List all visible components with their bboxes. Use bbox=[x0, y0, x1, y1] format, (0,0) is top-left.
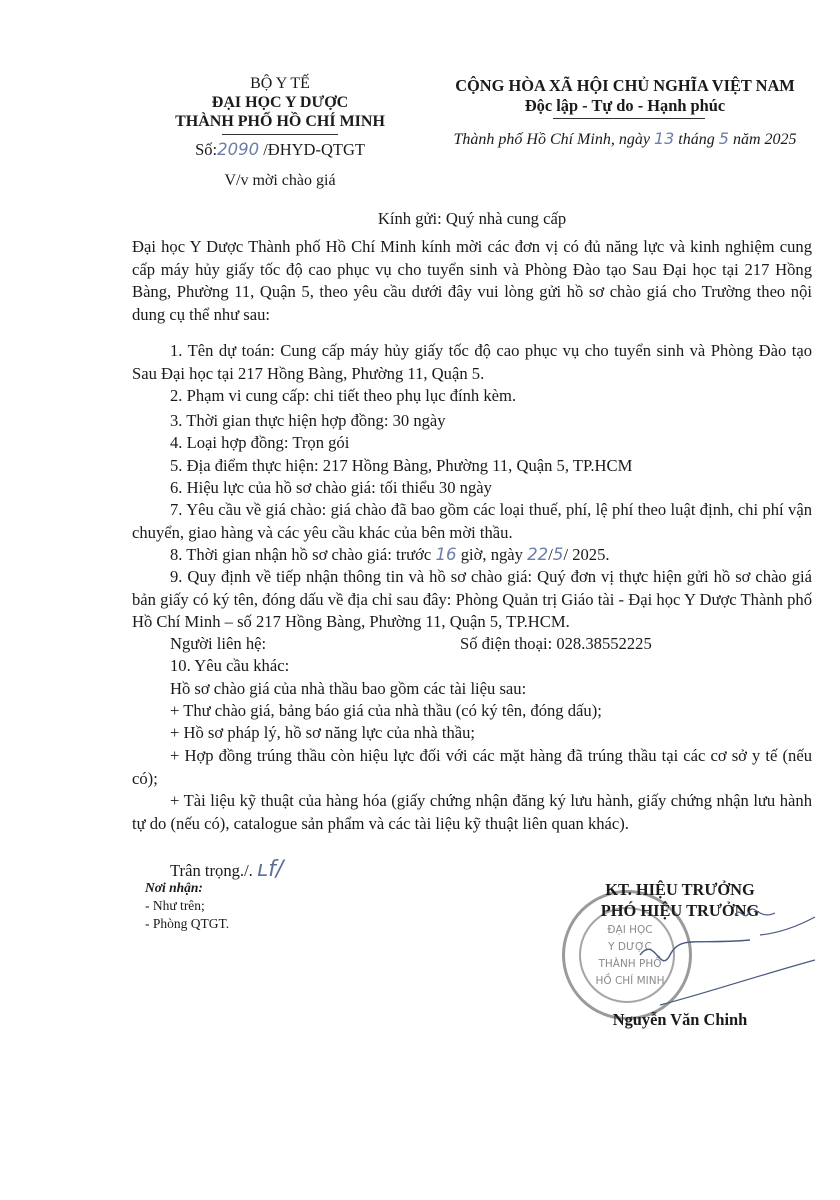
item-10-bullet-4: + Tài liệu kỹ thuật của hàng hóa (giấy c… bbox=[132, 790, 812, 835]
item-8-month-handwritten: 5 bbox=[553, 545, 564, 564]
date-day-handwritten: 13 bbox=[654, 129, 674, 148]
item-4: 4. Loại hợp đồng: Trọn gói bbox=[132, 432, 840, 455]
item-5: 5. Địa điểm thực hiện: 217 Hồng Bàng, Ph… bbox=[132, 455, 840, 478]
contact-person-label: Người liên hệ: bbox=[170, 633, 460, 656]
document-subject: V/v mời chào giá bbox=[130, 171, 430, 191]
date-year: năm 2025 bbox=[733, 131, 797, 148]
intro-paragraph: Đại học Y Dược Thành phố Hồ Chí Minh kín… bbox=[132, 236, 812, 326]
item-8-year: / 2025. bbox=[563, 545, 609, 564]
header-right-underline bbox=[553, 118, 705, 119]
university-name-line2: THÀNH PHỐ HỒ CHÍ MINH bbox=[130, 112, 430, 132]
item-10: 10. Yêu cầu khác: bbox=[132, 655, 840, 678]
recipient-item: - Phòng QTGT. bbox=[145, 916, 229, 932]
item-2: 2. Phạm vi cung cấp: chi tiết theo phụ l… bbox=[132, 385, 840, 408]
item-10-intro: Hồ sơ chào giá của nhà thầu bao gồm các … bbox=[132, 678, 840, 701]
item-10-bullet-1: + Thư chào giá, bảng báo giá của nhà thầ… bbox=[132, 700, 840, 723]
item-10-bullet-2: + Hồ sơ pháp lý, hồ sơ năng lực của nhà … bbox=[132, 722, 840, 745]
recipient-item: - Như trên; bbox=[145, 898, 205, 914]
initials-mark: ʟf/ bbox=[257, 857, 283, 882]
ministry-name: BỘ Y TẾ bbox=[130, 74, 430, 94]
item-8-mid: giờ, ngày bbox=[461, 545, 523, 564]
recipients-title: Nơi nhận: bbox=[145, 880, 203, 896]
doc-number-prefix: Số: bbox=[195, 140, 217, 159]
nation-title: CỘNG HÒA XÃ HỘI CHỦ NGHĨA VIỆT NAM bbox=[420, 76, 830, 96]
item-7: 7. Yêu cầu về giá chào: giá chào đã bao … bbox=[132, 499, 812, 544]
item-9: 9. Quy định về tiếp nhận thông tin và hồ… bbox=[132, 566, 812, 634]
university-name-line1: ĐẠI HỌC Y DƯỢC bbox=[130, 93, 430, 113]
contact-phone: Số điện thoại: 028.38552225 bbox=[460, 634, 652, 653]
header-left-underline bbox=[222, 134, 338, 135]
item-8-prefix: 8. Thời gian nhận hồ sơ chào giá: trước bbox=[170, 545, 431, 564]
issue-date: Thành phố Hồ Chí Minh, ngày 13 tháng 5 n… bbox=[420, 129, 830, 150]
doc-number-handwritten: 2090 bbox=[217, 140, 259, 159]
date-month-label: tháng bbox=[678, 131, 714, 148]
signer-name: Nguyễn Văn Chinh bbox=[560, 1010, 800, 1030]
handwritten-signature bbox=[600, 905, 830, 1025]
date-month-handwritten: 5 bbox=[719, 129, 729, 148]
closing-text: Trân trọng./. ʟf/ bbox=[132, 859, 840, 883]
doc-number-suffix: /ĐHYD-QTGT bbox=[263, 140, 365, 159]
item-6: 6. Hiệu lực của hồ sơ chào giá: tối thiể… bbox=[132, 477, 840, 500]
item-8: 8. Thời gian nhận hồ sơ chào giá: trước … bbox=[132, 544, 840, 567]
signature-title-line1: KT. HIỆU TRƯỞNG bbox=[560, 880, 800, 900]
salutation: Kính gửi: Quý nhà cung cấp bbox=[132, 208, 812, 231]
contact-line: Người liên hệ:Số điện thoại: 028.3855222… bbox=[132, 633, 840, 656]
date-prefix: Thành phố Hồ Chí Minh, ngày bbox=[453, 131, 649, 148]
item-1: 1. Tên dự toán: Cung cấp máy hủy giấy tố… bbox=[132, 340, 812, 385]
item-8-hour-handwritten: 16 bbox=[435, 545, 456, 564]
item-3: 3. Thời gian thực hiện hợp đồng: 30 ngày bbox=[132, 410, 840, 433]
item-10-bullet-3: + Hợp đồng trúng thầu còn hiệu lực đối v… bbox=[132, 745, 812, 790]
item-8-day-handwritten: 22 bbox=[527, 545, 548, 564]
national-motto: Độc lập - Tự do - Hạnh phúc bbox=[420, 96, 830, 116]
closing-phrase: Trân trọng./. bbox=[170, 861, 253, 880]
document-number: Số:2090 /ĐHYD-QTGT bbox=[130, 140, 430, 160]
